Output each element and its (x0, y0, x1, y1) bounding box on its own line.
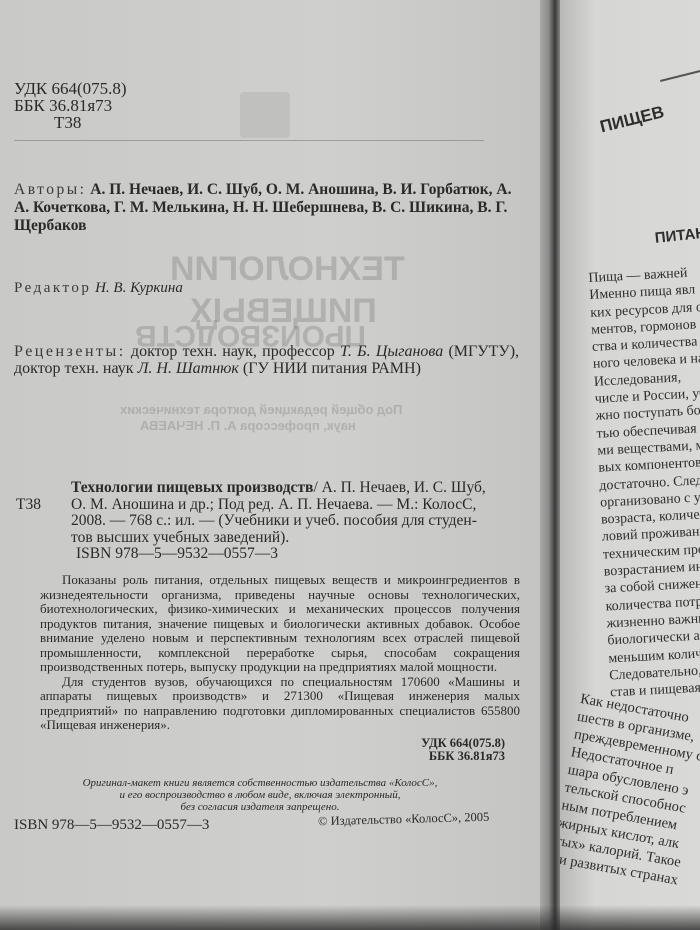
copyright-note: Оригинал-макет книги является собственно… (70, 777, 450, 813)
copyright-note-line: без согласия издателя запрещено. (70, 801, 450, 813)
bbk-code: ББК 36.81я73 (14, 97, 127, 114)
udk-code: УДК 664(075.8) (14, 80, 127, 97)
show-through-logo (240, 92, 290, 138)
left-page: ТЕХНОЛОГИИ ПИЩЕВЫХ ПРОИЗВОДСТВ Под общей… (0, 0, 545, 930)
reviewer-name-1: Т. Б. Цыганова (340, 343, 443, 360)
classification-codes-bottom: УДК 664(075.8) ББК 36.81я73 (300, 737, 505, 763)
annotation-paragraph-1: Показаны роль питания, отдельных пищевых… (40, 573, 520, 675)
authors-block: Авторы: А. П. Нечаев, И. С. Шуб, О. М. А… (14, 181, 519, 235)
show-through-subtitle-2: наук, профессора А. П. НЕЧАЕВА (140, 418, 356, 433)
editor-block: Редактор Н. В. Куркина (14, 280, 183, 297)
copyright-note-line: Оригинал-макет книги является собственно… (70, 777, 450, 789)
reviewer-name-2: Л. Н. Шатнюк (138, 360, 239, 377)
bottom-shadow (0, 905, 700, 930)
isbn-bottom: ISBN 978—5—9532—0557—3 (14, 817, 209, 834)
copyright-note-line: и его воспроизводство в любом виде, вклю… (70, 789, 450, 801)
catalog-entry: Технологии пищевых производств/ А. П. Не… (16, 480, 521, 563)
reviewer-text-3: (ГУ НИИ питания РАМН) (243, 360, 421, 377)
catalog-author-mark: Т38 (16, 497, 41, 514)
bbk-code-bottom: ББК 36.81я73 (300, 750, 505, 763)
classification-codes: УДК 664(075.8) ББК 36.81я73 Т38 (14, 80, 127, 131)
authors-label: Авторы: (14, 181, 86, 198)
authors-names: А. П. Нечаев, И. С. Шуб, О. М. Аношина, … (14, 181, 511, 234)
annotation: Показаны роль питания, отдельных пищевых… (40, 573, 520, 733)
right-page-body-bottom: Как недостаточношеств в организме,прежде… (560, 690, 700, 891)
right-page-subheading: ПИТАН (654, 225, 700, 247)
annotation-paragraph-2: Для студентов вузов, обучающихся по спец… (40, 675, 520, 733)
reviewer-text-1: доктор техн. наук, профессор (131, 343, 335, 360)
publisher-copyright: © Издательство «КолосС», 2005 (318, 810, 490, 829)
book-title: Технологии пищевых производств (71, 479, 313, 496)
editor-label: Редактор (14, 280, 91, 296)
reviewers-label: Рецензенты: (14, 343, 126, 360)
right-page: ПИЩЕВ ПИТАН Пища — важнейИменно пища явл… (560, 0, 700, 930)
catalog-line-3: 2008. — 768 с.: ил. — (Учебники и учеб. … (16, 513, 521, 530)
heading-rule (660, 51, 700, 81)
catalog-line-1: / А. П. Нечаев, И. С. Шуб, (313, 479, 485, 496)
author-mark: Т38 (14, 114, 127, 131)
editor-name: Н. В. Куркина (95, 280, 183, 296)
show-through-title-1: ТЕХНОЛОГИИ (170, 250, 405, 289)
right-page-body: Пища — важнейИменно пища явлких ресурсов… (588, 264, 700, 702)
show-through-subtitle-1: Под общей редакцией доктора технических (120, 402, 402, 417)
catalog-line-4: тов высших учебных заведений). (16, 530, 521, 547)
divider-line (14, 140, 484, 141)
reviewers-block: Рецензенты: доктор техн. наук, профессор… (14, 343, 519, 377)
catalog-line-2: О. М. Аношина и др.; Под ред. А. П. Неча… (71, 496, 476, 513)
right-page-heading: ПИЩЕВ (598, 102, 666, 137)
catalog-isbn: ISBN 978—5—9532—0557—3 (16, 546, 521, 563)
